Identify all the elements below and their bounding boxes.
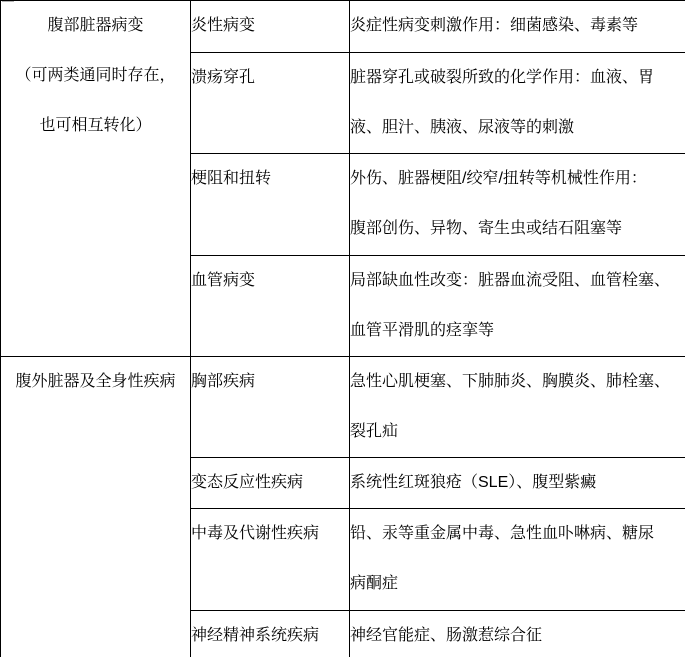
description-cell-ulcer-perforation: 脏器穿孔或破裂所致的化学作用：血液、胃 液、胆汁、胰液、尿液等的刺激 [350, 53, 685, 154]
description-cell-allergic: 系统性红斑狼疮（SLE）、腹型紫癜 [350, 458, 685, 509]
subtype-cell-thoracic: 胸部疾病 [191, 357, 350, 458]
table-row: 腹外脏器及全身性疾病 胸部疾病 急性心肌梗塞、下肺肺炎、胸膜炎、肺栓塞、 裂孔疝 [1, 357, 685, 458]
description-cell-vascular: 局部缺血性改变：脏器血流受阻、血管栓塞、 血管平滑肌的痉挛等 [350, 256, 685, 357]
subtype-cell-toxic-metabolic: 中毒及代谢性疾病 [191, 509, 350, 611]
subtype-cell-neuropsychiatric: 神经精神系统疾病 [191, 611, 350, 657]
category-cell-extra-abdominal: 腹外脏器及全身性疾病 [1, 357, 191, 657]
description-cell-thoracic: 急性心肌梗塞、下肺肺炎、胸膜炎、肺栓塞、 裂孔疝 [350, 357, 685, 458]
subtype-cell-obstruction-torsion: 梗阻和扭转 [191, 154, 350, 256]
abdominal-pain-etiology-table: 腹部脏器病变 （可两类通同时存在， 也可相互转化） 炎性病变 炎症性病变刺激作用… [0, 0, 685, 657]
category-cell-abdominal-organ: 腹部脏器病变 （可两类通同时存在， 也可相互转化） [1, 1, 191, 357]
description-cell-inflammatory: 炎症性病变刺激作用：细菌感染、毒素等 [350, 1, 685, 53]
description-cell-obstruction-torsion: 外伤、脏器梗阻/绞窄/扭转等机械性作用： 腹部创伤、异物、寄生虫或结石阻塞等 [350, 154, 685, 256]
description-cell-neuropsychiatric: 神经官能症、肠激惹综合征 [350, 611, 685, 657]
description-cell-toxic-metabolic: 铅、汞等重金属中毒、急性血卟啉病、糖尿 病酮症 [350, 509, 685, 611]
table-row: 腹部脏器病变 （可两类通同时存在， 也可相互转化） 炎性病变 炎症性病变刺激作用… [1, 1, 685, 53]
subtype-cell-vascular: 血管病变 [191, 256, 350, 357]
subtype-cell-allergic: 变态反应性疾病 [191, 458, 350, 509]
subtype-cell-ulcer-perforation: 溃疡穿孔 [191, 53, 350, 154]
document-page: 腹部脏器病变 （可两类通同时存在， 也可相互转化） 炎性病变 炎症性病变刺激作用… [0, 0, 685, 657]
subtype-cell-inflammatory: 炎性病变 [191, 1, 350, 53]
